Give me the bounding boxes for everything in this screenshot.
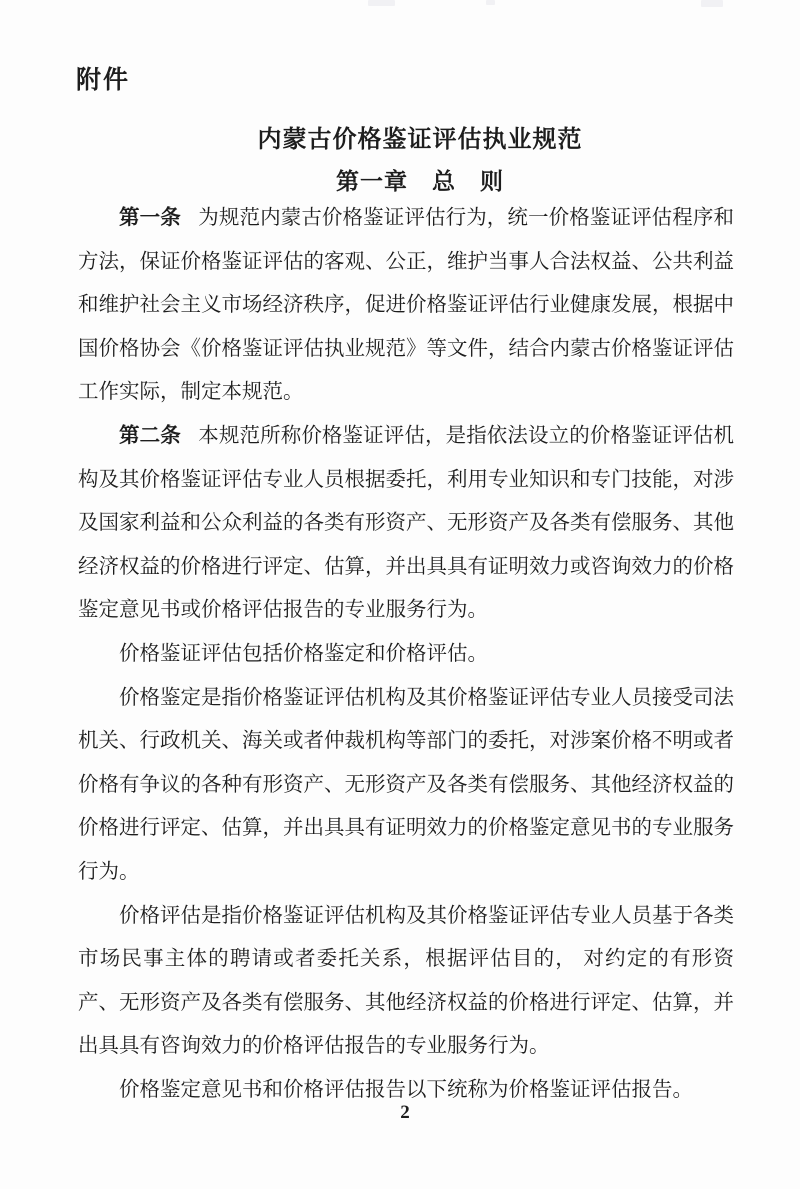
- para-text: 价格鉴证评估包括价格鉴定和价格评估。: [119, 643, 488, 665]
- para-text: 价格评估是指价格鉴证评估机构及其价格鉴证评估专业人员基于各类市场民事主体的聘请或…: [78, 905, 734, 1058]
- scan-artifact: [368, 0, 395, 6]
- scan-artifact: [486, 0, 495, 5]
- scan-artifact: [701, 0, 723, 7]
- para-text: 价格鉴定是指价格鉴证评估机构及其价格鉴证评估专业人员接受司法机关、行政机关、海关…: [78, 687, 734, 883]
- chapter-heading: 第一章 总 则: [92, 163, 748, 196]
- para-lead: 第一条: [119, 207, 181, 229]
- document-title: 内蒙古价格鉴证评估执业规范: [92, 119, 748, 154]
- para-lead: 第二条: [119, 425, 181, 447]
- para-text: 价格鉴定意见书和价格评估报告以下统称为价格鉴证评估报告。: [119, 1079, 693, 1101]
- page-number: 2: [5, 1102, 800, 1124]
- paragraph: 第一条为规范内蒙古价格鉴证评估行为，统一价格鉴证评估程序和方法，保证价格鉴证评估…: [78, 197, 734, 415]
- paragraph: 第二条本规范所称价格鉴证评估，是指依法设立的价格鉴证评估机构及其价格鉴证评估专业…: [78, 415, 734, 633]
- paragraph: 价格鉴定是指价格鉴证评估机构及其价格鉴证评估专业人员接受司法机关、行政机关、海关…: [78, 677, 734, 895]
- para-text: 本规范所称价格鉴证评估，是指依法设立的价格鉴证评估机构及其价格鉴证评估专业人员根…: [78, 425, 734, 621]
- document-page: 附件 内蒙古价格鉴证评估执业规范 第一章 总 则 第一条为规范内蒙古价格鉴证评估…: [0, 0, 800, 1189]
- para-text: 为规范内蒙古价格鉴证评估行为，统一价格鉴证评估程序和方法，保证价格鉴证评估的客观…: [78, 207, 734, 403]
- paragraph: 价格鉴证评估包括价格鉴定和价格评估。: [78, 633, 734, 677]
- body-text: 第一条为规范内蒙古价格鉴证评估行为，统一价格鉴证评估程序和方法，保证价格鉴证评估…: [78, 197, 734, 1112]
- paragraph: 价格评估是指价格鉴证评估机构及其价格鉴证评估专业人员基于各类市场民事主体的聘请或…: [78, 895, 734, 1069]
- attachment-label: 附件: [76, 60, 130, 96]
